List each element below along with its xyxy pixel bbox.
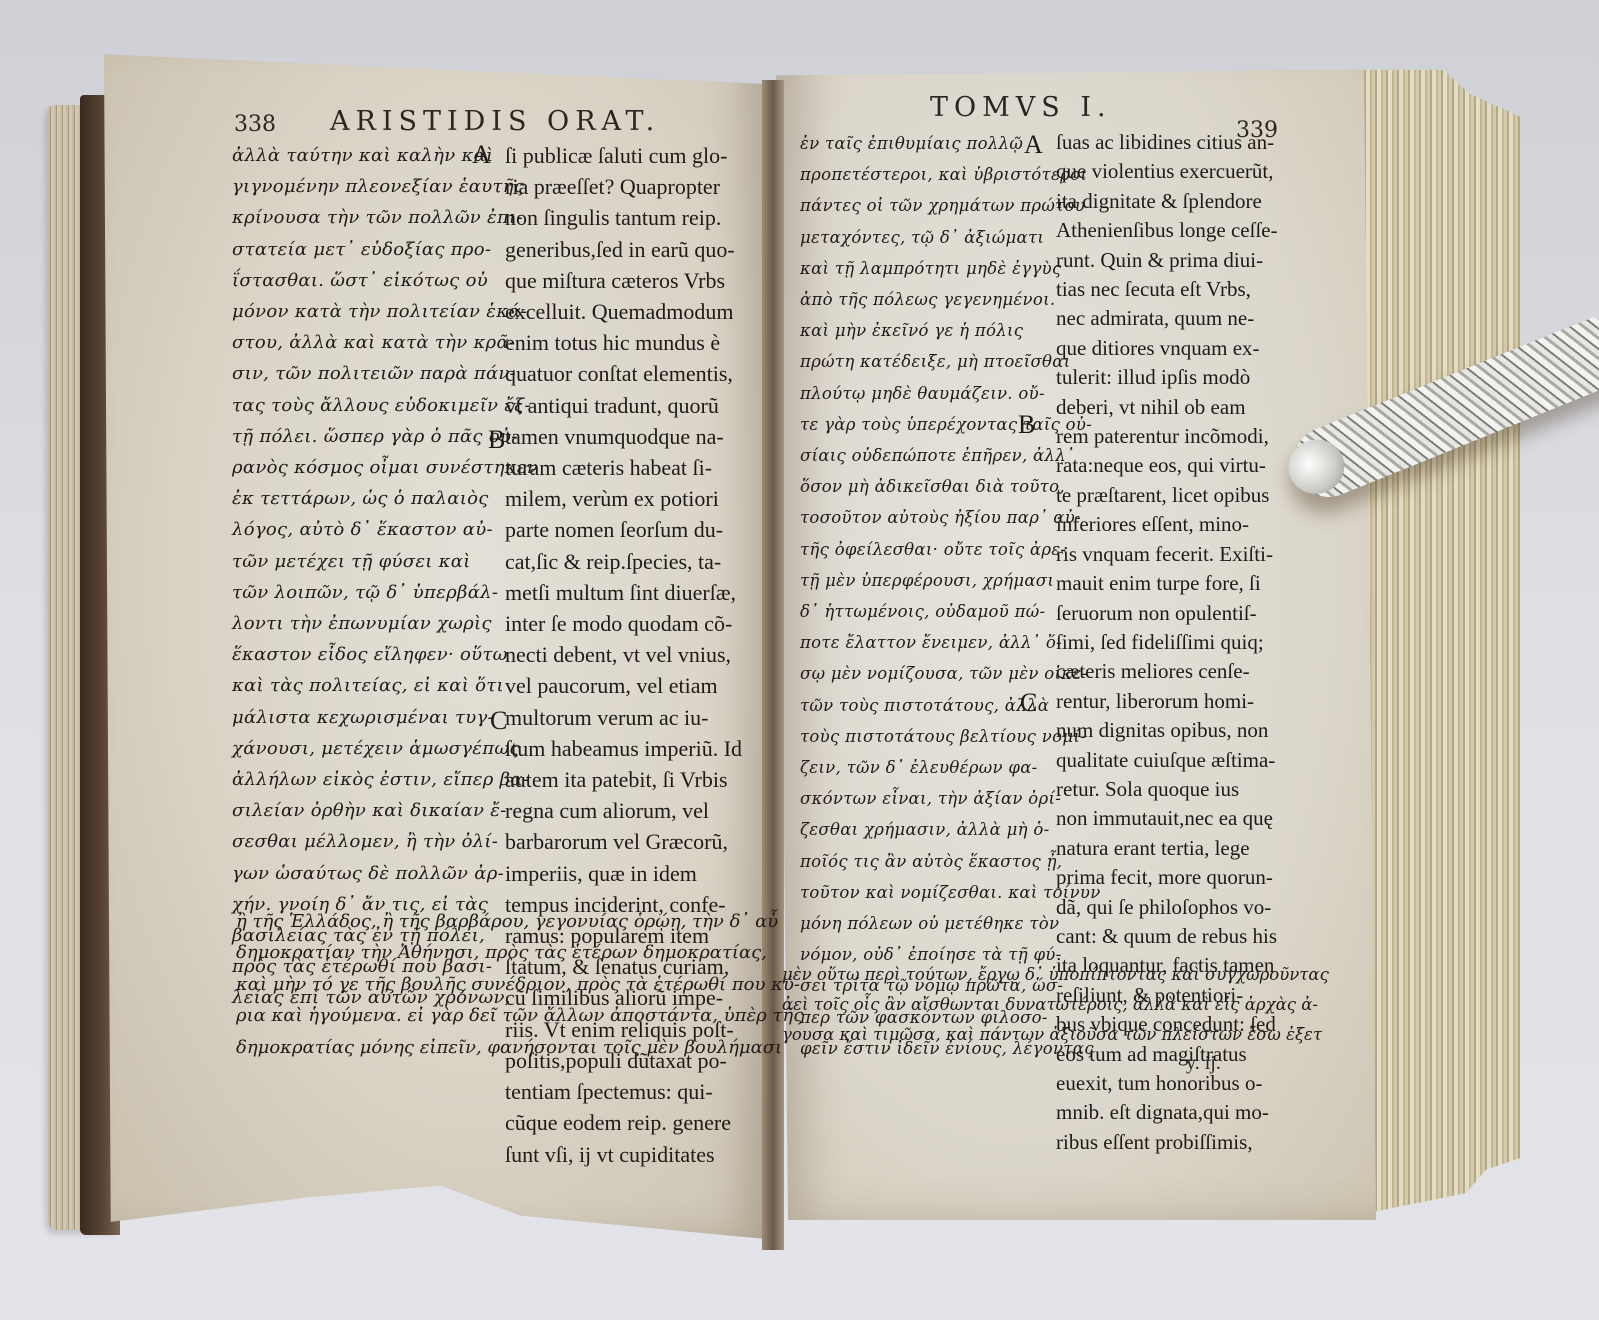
left-page-number: 338 <box>234 112 276 137</box>
margin-letter-a-left: A <box>472 140 491 170</box>
left-greek-column: ἀλλὰ ταύτην καὶ καλὴν καὶγιγνομένην πλεο… <box>232 140 538 1014</box>
left-full-width-greek: ἢ τῆς Ἑλλάδος, ἢ τῆς βαρβάρου, γεγονυίας… <box>236 906 803 1063</box>
right-page-stack <box>1350 70 1520 1240</box>
right-running-head: TOMVS I. <box>930 92 1112 123</box>
margin-letter-a-right: A <box>1024 130 1043 160</box>
signature-mark: y. ij. <box>1186 1052 1221 1075</box>
right-full-width-greek: μὲν οὕτω περὶ τούτων, ἔργῳ δ᾽ ὑποπίπτοντ… <box>782 960 1329 1050</box>
margin-letter-b-left: B <box>488 425 505 455</box>
margin-letter-c-right: C <box>1020 688 1037 718</box>
margin-letter-b-right: B <box>1018 410 1035 440</box>
left-running-head: ARISTIDIS ORAT. <box>330 106 660 137</box>
book-gutter <box>762 80 784 1250</box>
